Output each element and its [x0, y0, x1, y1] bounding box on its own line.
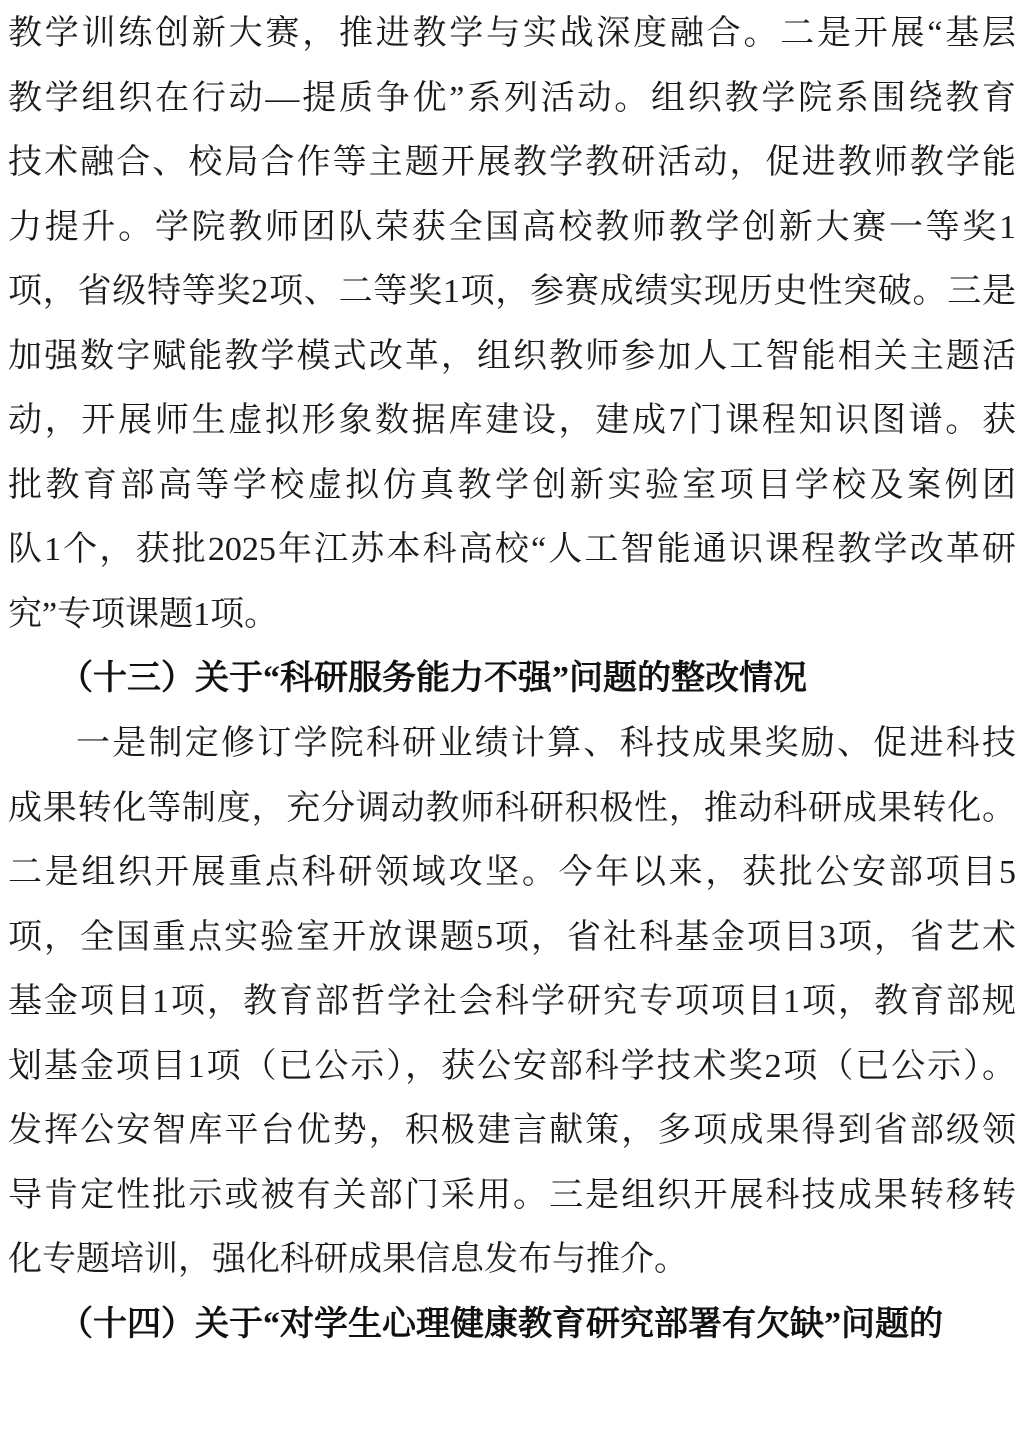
text-line: 力提升。学院教师团队荣获全国高校教师教学创新大赛一等奖1 [8, 196, 1016, 261]
paragraph-continuation: 教学训练创新大赛，推进教学与实战深度融合。二是开展“基层 教学组织在行动—提质争… [8, 2, 1016, 647]
section-heading-13: （十三）关于“科研服务能力不强”问题的整改情况 [8, 647, 1016, 712]
text-line: 基金项目1项，教育部哲学社会科学研究专项项目1项，教育部规 [8, 970, 1016, 1035]
text-line: 项，全国重点实验室开放课题5项，省社科基金项目3项，省艺术 [8, 906, 1016, 971]
text-line: 发挥公安智库平台优势，积极建言献策，多项成果得到省部级领 [8, 1099, 1016, 1164]
text-line: 批教育部高等学校虚拟仿真教学创新实验室项目学校及案例团 [8, 454, 1016, 519]
paragraph-section-13-body: 一是制定修订学院科研业绩计算、科技成果奖励、促进科技 成果转化等制度，充分调动教… [8, 712, 1016, 1293]
text-line: 导肯定性批示或被有关部门采用。三是组织开展科技成果转移转 [8, 1164, 1016, 1229]
text-line: 二是组织开展重点科研领域攻坚。今年以来，获批公安部项目5 [8, 841, 1016, 906]
text-line: 划基金项目1项（已公示），获公安部科学技术奖2项（已公示）。 [8, 1035, 1016, 1100]
text-line: 技术融合、校局合作等主题开展教学教研活动，促进教师教学能 [8, 131, 1016, 196]
text-line: 队1个，获批2025年江苏本科高校“人工智能通识课程教学改革研 [8, 518, 1016, 583]
text-line: 化专题培训，强化科研成果信息发布与推介。 [8, 1228, 1016, 1293]
section-heading-14: （十四）关于“对学生心理健康教育研究部署有欠缺”问题的 [8, 1293, 1016, 1358]
text-line: 项，省级特等奖2项、二等奖1项，参赛成绩实现历史性突破。三是 [8, 260, 1016, 325]
text-line: 动，开展师生虚拟形象数据库建设，建成7门课程知识图谱。获 [8, 389, 1016, 454]
text-line: 教学组织在行动—提质争优”系列活动。组织教学院系围绕教育 [8, 67, 1016, 132]
text-line: 教学训练创新大赛，推进教学与实战深度融合。二是开展“基层 [8, 2, 1016, 67]
text-line: 成果转化等制度，充分调动教师科研积极性，推动科研成果转化。 [8, 777, 1016, 842]
document-page: 教学训练创新大赛，推进教学与实战深度融合。二是开展“基层 教学组织在行动—提质争… [0, 0, 1024, 1434]
text-line: 究”专项课题1项。 [8, 583, 1016, 648]
text-line: 一是制定修订学院科研业绩计算、科技成果奖励、促进科技 [8, 712, 1016, 777]
text-line: 加强数字赋能教学模式改革，组织教师参加人工智能相关主题活 [8, 325, 1016, 390]
